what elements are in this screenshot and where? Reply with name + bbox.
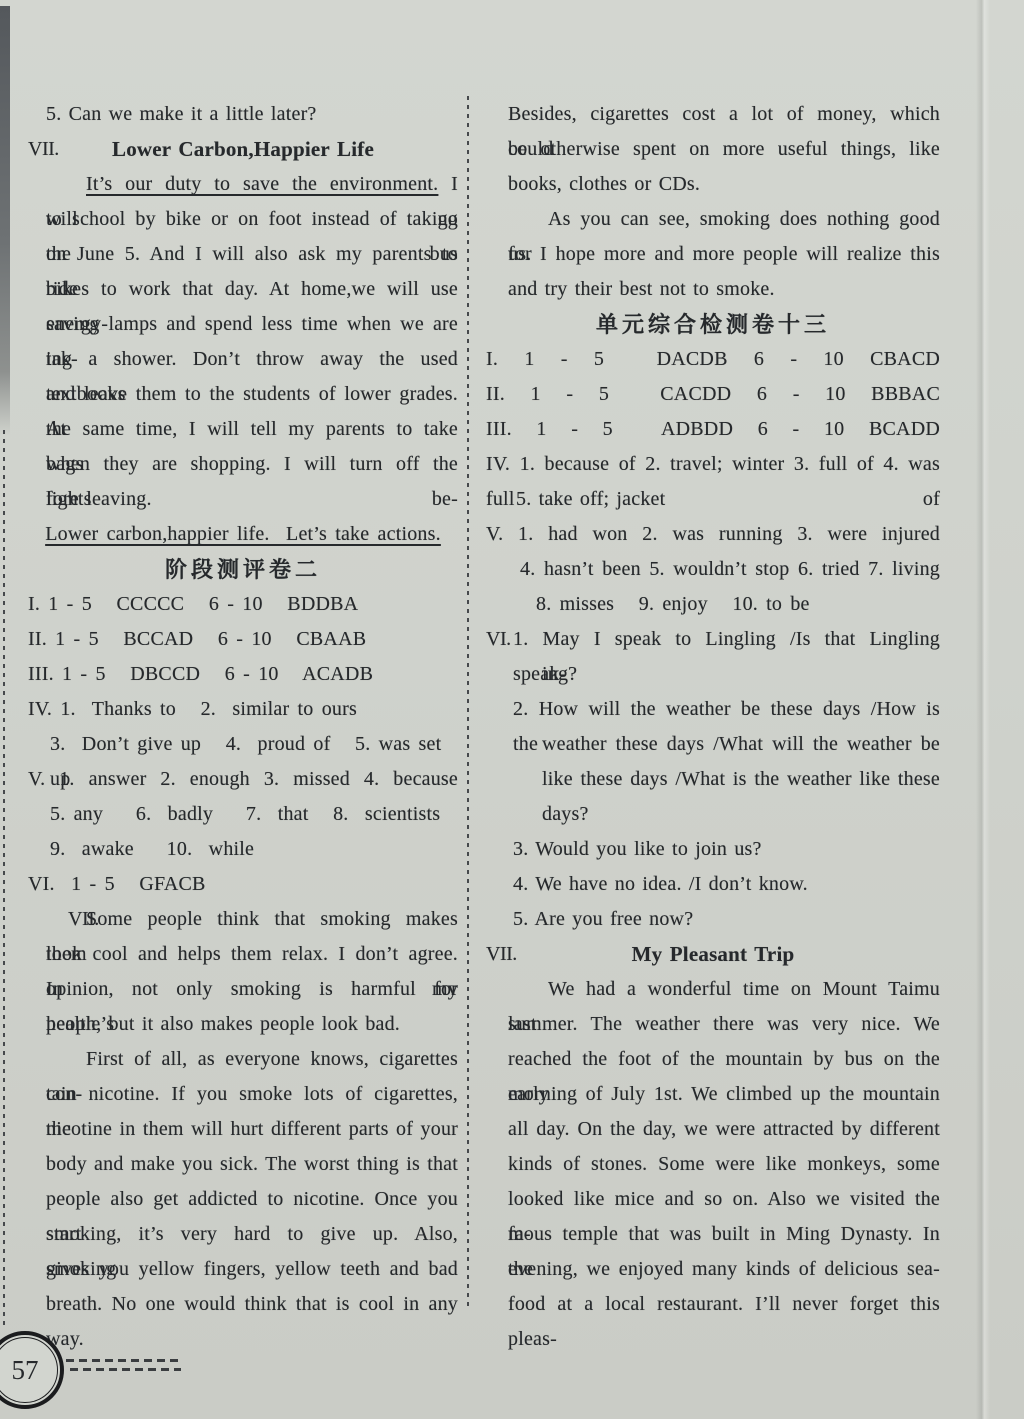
text-line: 3. Would you like to join us?	[486, 832, 940, 867]
answer-line: I. 1 - 5 DACDB 6 - 10 CBACD	[486, 342, 940, 377]
answer-line: IV. 1. because of 2. travel; winter 3. f…	[486, 447, 940, 482]
text-line: kinds of stones. Some were like monkeys,…	[486, 1147, 940, 1182]
answer-line: V. 1. had won 2. was running 3. were inj…	[486, 517, 940, 552]
answer-line: II. 1 - 5 CACDD 6 - 10 BBBAC	[486, 377, 940, 412]
text-line: 4. We have no idea. /I don’t know.	[486, 867, 940, 902]
text-line: evening, we enjoyed many kinds of delici…	[486, 1252, 940, 1287]
section-title: My Pleasant Trip	[486, 937, 940, 972]
text-line: be otherwise spent on more useful things…	[486, 132, 940, 167]
answer-line: VI. 1 - 5 GFACB	[28, 867, 458, 902]
text-line: Besides, cigarettes cost a lot of money,…	[486, 97, 940, 132]
text-line: saving lamps and spend less time when we…	[28, 307, 458, 342]
text-line: nicotine in them will hurt different par…	[28, 1112, 458, 1147]
text-line: Lower carbon,happier life. Let’s take ac…	[28, 517, 458, 552]
text-line: 5. Can we make it a little later?	[28, 97, 458, 132]
text-line: tain nicotine. If you smoke lots of ciga…	[28, 1077, 458, 1112]
text-line: looked like mice and so on. Also we visi…	[486, 1182, 940, 1217]
page: 5. Can we make it a little later?VII.Low…	[0, 0, 1024, 1419]
text-line: and try their best not to smoke.	[486, 272, 940, 307]
text-line: smoking, it’s very hard to give up. Also…	[28, 1217, 458, 1252]
chinese-heading: 阶段测评卷二	[28, 552, 458, 587]
text-line: bikes to work that day. At home,we will …	[28, 272, 458, 307]
text-line: reached the foot of the mountain by bus …	[486, 1042, 940, 1077]
text-line: look cool and helps them relax. I don’t …	[28, 937, 458, 972]
answer-line: I. 1 - 5 CCCCC 6 - 10 BDDBA	[28, 587, 458, 622]
text-line: weather these days /What will the weathe…	[486, 727, 940, 762]
text-line: days?	[486, 797, 940, 832]
roman-numeral: VI.	[486, 622, 511, 657]
answer-line: III. 1 - 5 DBCCD 6 - 10 ACADB	[28, 657, 458, 692]
answer-line: III. 1 - 5 ADBDD 6 - 10 BCADD	[486, 412, 940, 447]
text-line: It’s our duty to save the environment. I…	[28, 167, 458, 202]
page-number: 57	[12, 1355, 39, 1386]
roman-numeral: VII.	[28, 902, 99, 937]
answer-line: 5. any 6. badly 7. that 8. scientists	[28, 797, 458, 832]
section-heading-row: VII.My Pleasant Trip	[486, 937, 940, 972]
text-line: VII.Some people think that smoking makes…	[28, 902, 458, 937]
chinese-heading: 单元综合检测卷十三	[486, 307, 940, 342]
text-line: VI.1. May I speak to Lingling /Is that L…	[486, 622, 940, 657]
text-line: like these days /What is the weather lik…	[486, 762, 940, 797]
page-crease	[976, 0, 990, 1419]
dash-marks	[66, 1356, 182, 1374]
answer-line: V. 1. answer 2. enough 3. missed 4. beca…	[28, 762, 458, 797]
left-dotted-rule	[3, 430, 5, 1325]
text-line: breath. No one would think that is cool …	[28, 1287, 458, 1322]
left-column: 5. Can we make it a little later?VII.Low…	[28, 97, 458, 1322]
text-line: opinion, not only smoking is harmful for…	[28, 972, 458, 1007]
section-title: Lower Carbon,Happier Life	[28, 132, 458, 167]
column-divider	[467, 96, 469, 1311]
answer-line: 4. hasn’t been 5. wouldn’t stop 6. tried…	[486, 552, 940, 587]
text-line: gives you yellow fingers, yellow teeth a…	[28, 1252, 458, 1287]
text-line: and leave them to the students of lower …	[28, 377, 458, 412]
text-line: body and make you sick. The worst thing …	[28, 1147, 458, 1182]
text-line: the same time, I will tell my parents to…	[28, 412, 458, 447]
answer-line: 8. misses 9. enjoy 10. to be	[486, 587, 940, 622]
text-line: all day. On the day, we were attracted b…	[486, 1112, 940, 1147]
answer-line: 3. Don’t give up 4. proud of 5. was set …	[28, 727, 458, 762]
text-line: We had a wonderful time on Mount Taimu l…	[486, 972, 940, 1007]
text-line: us. I hope more and more people will rea…	[486, 237, 940, 272]
answer-line: IV. 1. Thanks to 2. similar to ours	[28, 692, 458, 727]
answer-line: II. 1 - 5 BCCAD 6 - 10 CBAAB	[28, 622, 458, 657]
text-line: As you can see, smoking does nothing goo…	[486, 202, 940, 237]
book-edge-shadow	[0, 6, 10, 436]
roman-numeral: VII.	[28, 132, 59, 167]
answer-line: 5. take off; jacket	[486, 482, 940, 517]
text-line: books, clothes or CDs.	[486, 167, 940, 202]
text-line: health, but it also makes people look ba…	[28, 1007, 458, 1042]
text-line: First of all, as everyone knows, cigaret…	[28, 1042, 458, 1077]
text-line: food at a local restaurant. I’ll never f…	[486, 1287, 940, 1322]
roman-numeral: VII.	[486, 937, 517, 972]
text-line: mous temple that was built in Ming Dynas…	[486, 1217, 940, 1252]
text-line: morning of July 1st. We climbed up the m…	[486, 1077, 940, 1112]
answer-line: 9. awake 10. while	[28, 832, 458, 867]
right-column: Besides, cigarettes cost a lot of money,…	[486, 97, 940, 1322]
text-line: people also get addicted to nicotine. On…	[28, 1182, 458, 1217]
text-line: when they are shopping. I will turn off …	[28, 447, 458, 482]
text-line: 2. How will the weather be these days /H…	[486, 692, 940, 727]
text-line: ing a shower. Don’t throw away the used …	[28, 342, 458, 377]
text-line: 5. Are you free now?	[486, 902, 940, 937]
section-heading-row: VII.Lower Carbon,Happier Life	[28, 132, 458, 167]
text-line: ing?	[486, 657, 940, 692]
text-line: summer. The weather there was very nice.…	[486, 1007, 940, 1042]
text-line: fore leaving.	[28, 482, 458, 517]
text-line: on June 5. And I will also ask my parent…	[28, 237, 458, 272]
text-line: to school by bike or on foot instead of …	[28, 202, 458, 237]
